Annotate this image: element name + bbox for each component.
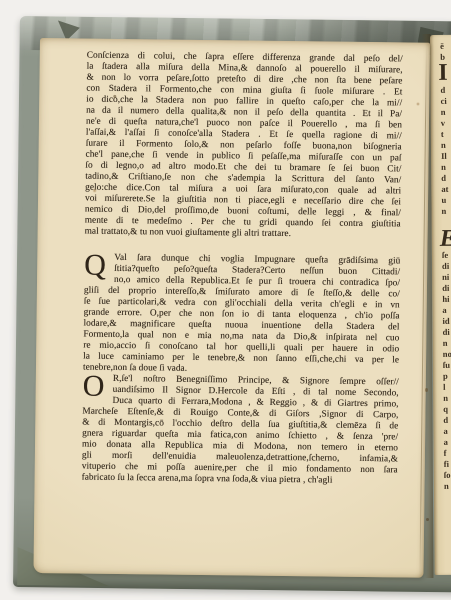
drop-cap-o: O — [83, 375, 108, 397]
paragraph-lines: Conſcienza di colui, che ſapra eſſere di… — [85, 51, 403, 242]
foxing-spot — [416, 102, 420, 106]
page-text: Conſcienza di colui, che ſapra eſſere di… — [35, 38, 430, 488]
foxing-spot — [92, 189, 97, 193]
book-page: Conſcienza di colui, che ſapra eſſere di… — [33, 38, 430, 578]
foxing-spot — [113, 95, 116, 98]
foxing-spot — [425, 388, 428, 392]
foxing-spot — [426, 518, 429, 521]
facing-page-edge: I E ēbdcinvtnIlndatunſedinidihiaiddinnoſ… — [430, 35, 451, 575]
paragraph-1: Conſcienza di colui, che ſapra eſſere di… — [85, 51, 403, 242]
paragraph-lines: R,ſe'l noſtro Benegniſſimo Principe, & S… — [82, 374, 399, 488]
paragraph-3: O R,ſe'l noſtro Benegniſſimo Principe, &… — [82, 374, 399, 488]
facing-text-fragments: ēbdcinvtnIlndatunſedinidihiaiddinnoſupln… — [440, 41, 451, 492]
photo-backdrop: I E ēbdcinvtnIlndatunſedinidihiaiddinnoſ… — [0, 0, 451, 600]
paragraph-2: Q Val ſara dunque chi voglia Impugnare q… — [83, 253, 400, 378]
paragraph-lines: Val ſara dunque chi voglia Impugnare que… — [83, 253, 400, 378]
drop-cap-q: Q — [84, 254, 109, 276]
